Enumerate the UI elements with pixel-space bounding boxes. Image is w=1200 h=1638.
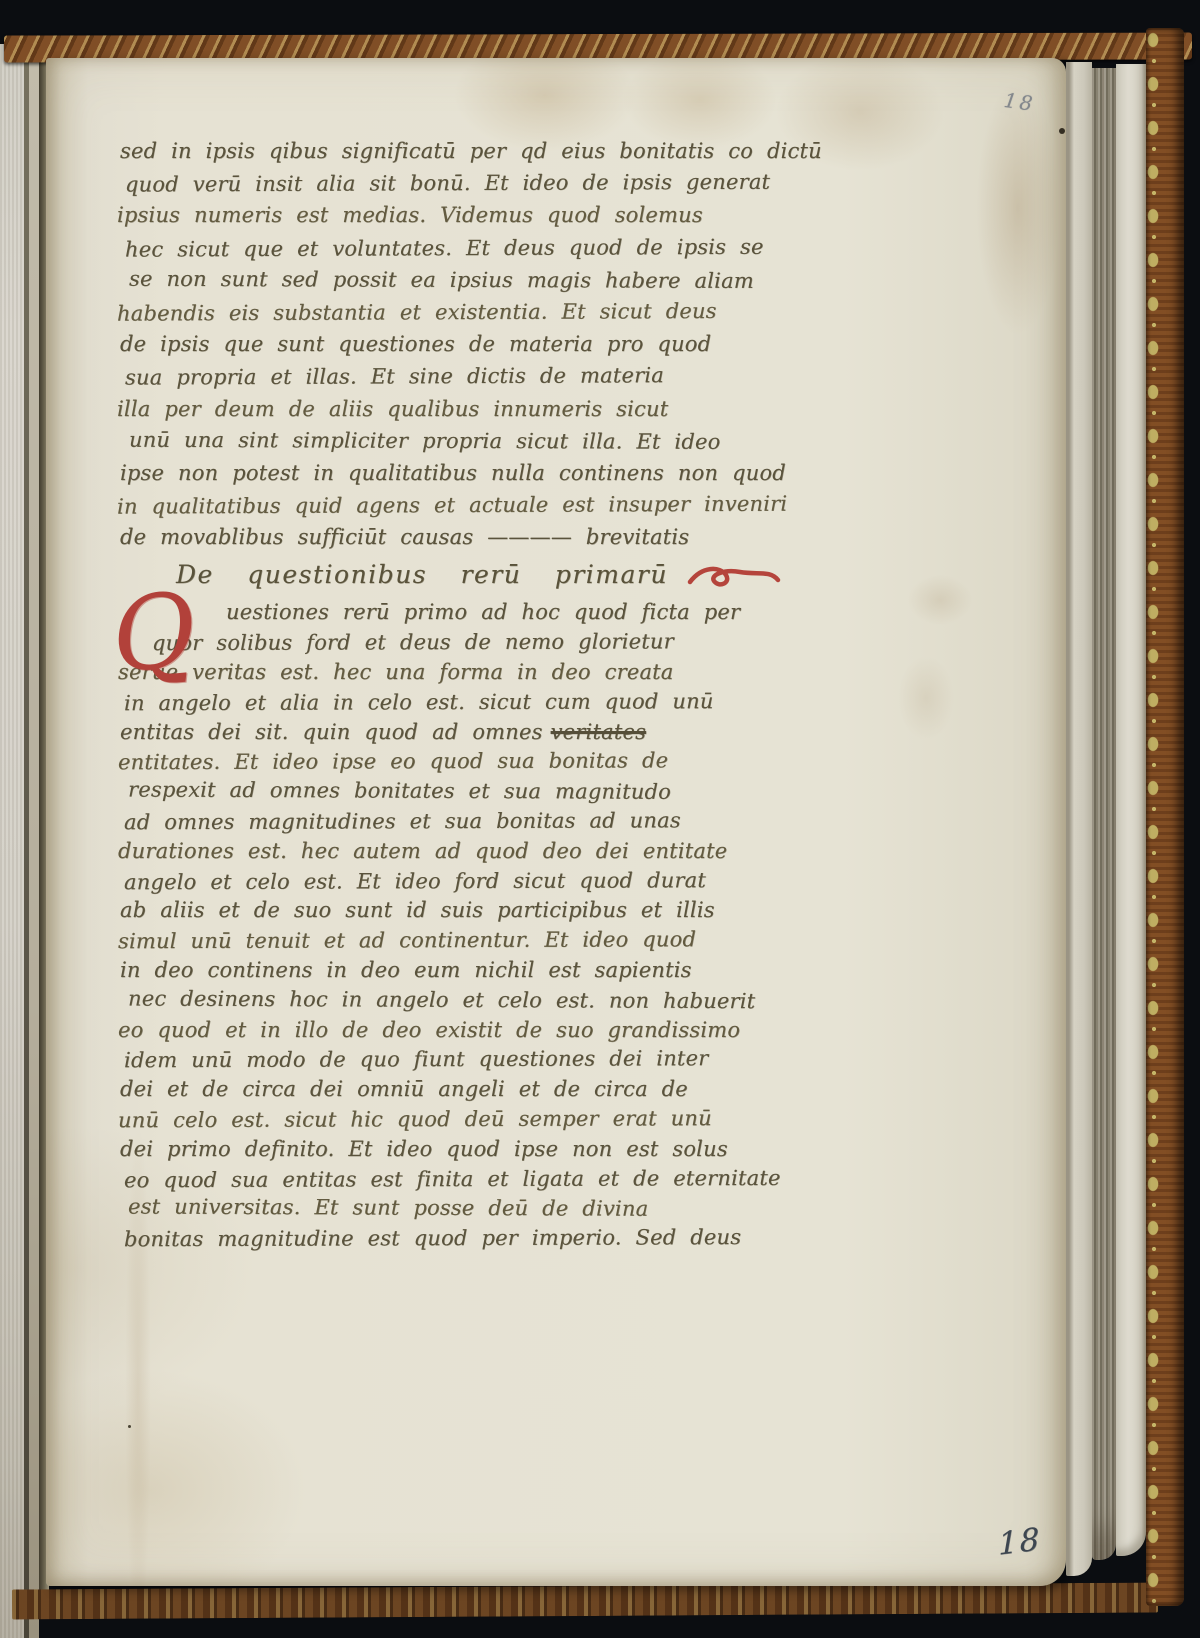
manuscript-line: bonitas magnitudine est quod per imperio… (124, 1222, 840, 1254)
manuscript-line: illa per deum de aliis qualibus innumeri… (117, 394, 840, 426)
manuscript-line: dei primo definito. Et ideo quod ipse no… (120, 1134, 840, 1164)
manuscript-line: quod verū insit alia sit bonū. Et ideo d… (125, 167, 840, 202)
paragraph-first: sed in ipsis qibus significatū per qd ei… (120, 136, 840, 554)
page-stack-fore-edge (1092, 68, 1116, 1560)
rubricated-heading: De questionibus rerū primarū (176, 555, 840, 593)
manuscript-line: durationes est. hec autem ad quod deo de… (118, 836, 840, 866)
manuscript-line: sua propria et illas. Et sine dictis de … (125, 360, 840, 395)
rubric-flourish-icon (686, 562, 782, 592)
manuscript-line: nec desinens hoc in angelo et celo est. … (128, 983, 840, 1016)
text-block: sed in ipsis qibus significatū per qd ei… (120, 136, 840, 1253)
photo-scene: 18 sed in ipsis qibus significatū per qd… (0, 0, 1200, 1638)
manuscript-line: est universitas. Et sunt posse deū de di… (128, 1192, 840, 1225)
manuscript-page: 18 sed in ipsis qibus significatū per qd… (46, 58, 1066, 1586)
manuscript-line: angelo et celo est. Et ideo ford sicut q… (124, 864, 840, 896)
manuscript-line: eo quod et in illo de deo existit de suo… (118, 1015, 840, 1045)
manuscript-line: ipse non potest in qualitatibus nulla co… (120, 458, 840, 490)
manuscript-line: unū una sint simpliciter propria sicut i… (129, 424, 840, 459)
manuscript-line: quor solibus ford et deus de nemo glorie… (124, 626, 840, 658)
manuscript-line: idem unū modo de quo fiunt questiones de… (124, 1043, 840, 1075)
folio-number-ink: 18 (998, 1521, 1042, 1562)
manuscript-line: unū celo est. sicut hic quod deū semper … (118, 1103, 840, 1135)
manuscript-line: se non sunt sed possit ea ipsius magis h… (129, 264, 840, 299)
gilt-right-leather-cover (1146, 28, 1184, 1606)
flyleaf-edge (1116, 64, 1146, 1556)
rubric-initial-q: Q (108, 580, 200, 689)
manuscript-line: de movablibus sufficiūt causas ———— brev… (120, 522, 840, 554)
manuscript-line: ad omnes magnitudines et sua bonitas ad … (124, 805, 840, 837)
book-cloth-edge (0, 44, 24, 1638)
manuscript-line: ipsius numeris est medias. Videmus quod … (117, 200, 840, 232)
manuscript-line-text: entitas dei sit. quin quod ad omnes (120, 720, 543, 744)
gilt-bottom-leather-edge (12, 1583, 1158, 1620)
ink-dot (1059, 128, 1065, 134)
chapter-heading-text: De questionibus rerū primarū (176, 560, 668, 589)
manuscript-line: in deo continens in deo eum nichil est s… (120, 955, 840, 985)
ink-speck (128, 1425, 131, 1428)
manuscript-line: entitates. Et ideo ipse eo quod sua boni… (118, 745, 840, 777)
manuscript-line: eo quod sua entitas est finita et ligata… (124, 1162, 840, 1194)
manuscript-line: sed in ipsis qibus significatū per qd ei… (120, 136, 840, 168)
paragraph-questiones: Q uestiones rerū primo ad hoc quod ficta… (120, 597, 840, 1253)
manuscript-line: de ipsis que sunt questiones de materia … (120, 329, 840, 361)
manuscript-line: in qualitatibus quid agens et actuale es… (117, 488, 840, 523)
board-edge-strip (29, 44, 39, 1638)
manuscript-line: in angelo et alia in celo est. sicut cum… (124, 686, 840, 718)
manuscript-line: serue veritas est. hec una forma in deo … (118, 657, 840, 687)
manuscript-line: habendis eis substantia et existentia. E… (117, 295, 840, 330)
manuscript-line: simul unū tenuit et ad continentur. Et i… (118, 924, 840, 956)
manuscript-line: dei et de circa dei omniū angeli et de c… (120, 1074, 840, 1104)
manuscript-line: uestiones rerū primo ad hoc quod ficta p… (120, 597, 840, 627)
manuscript-line: ab aliis et de suo sunt id suis particip… (120, 895, 840, 925)
underpage-edge (1066, 62, 1092, 1576)
manuscript-line: respexit ad omnes bonitates et sua magni… (128, 775, 840, 808)
struck-word: veritates (551, 720, 646, 744)
manuscript-line: hec sicut que et voluntates. Et deus quo… (125, 231, 840, 266)
manuscript-line: entitas dei sit. quin quod ad omnesverit… (120, 717, 840, 747)
folio-number-pencil: 18 (1002, 88, 1036, 116)
